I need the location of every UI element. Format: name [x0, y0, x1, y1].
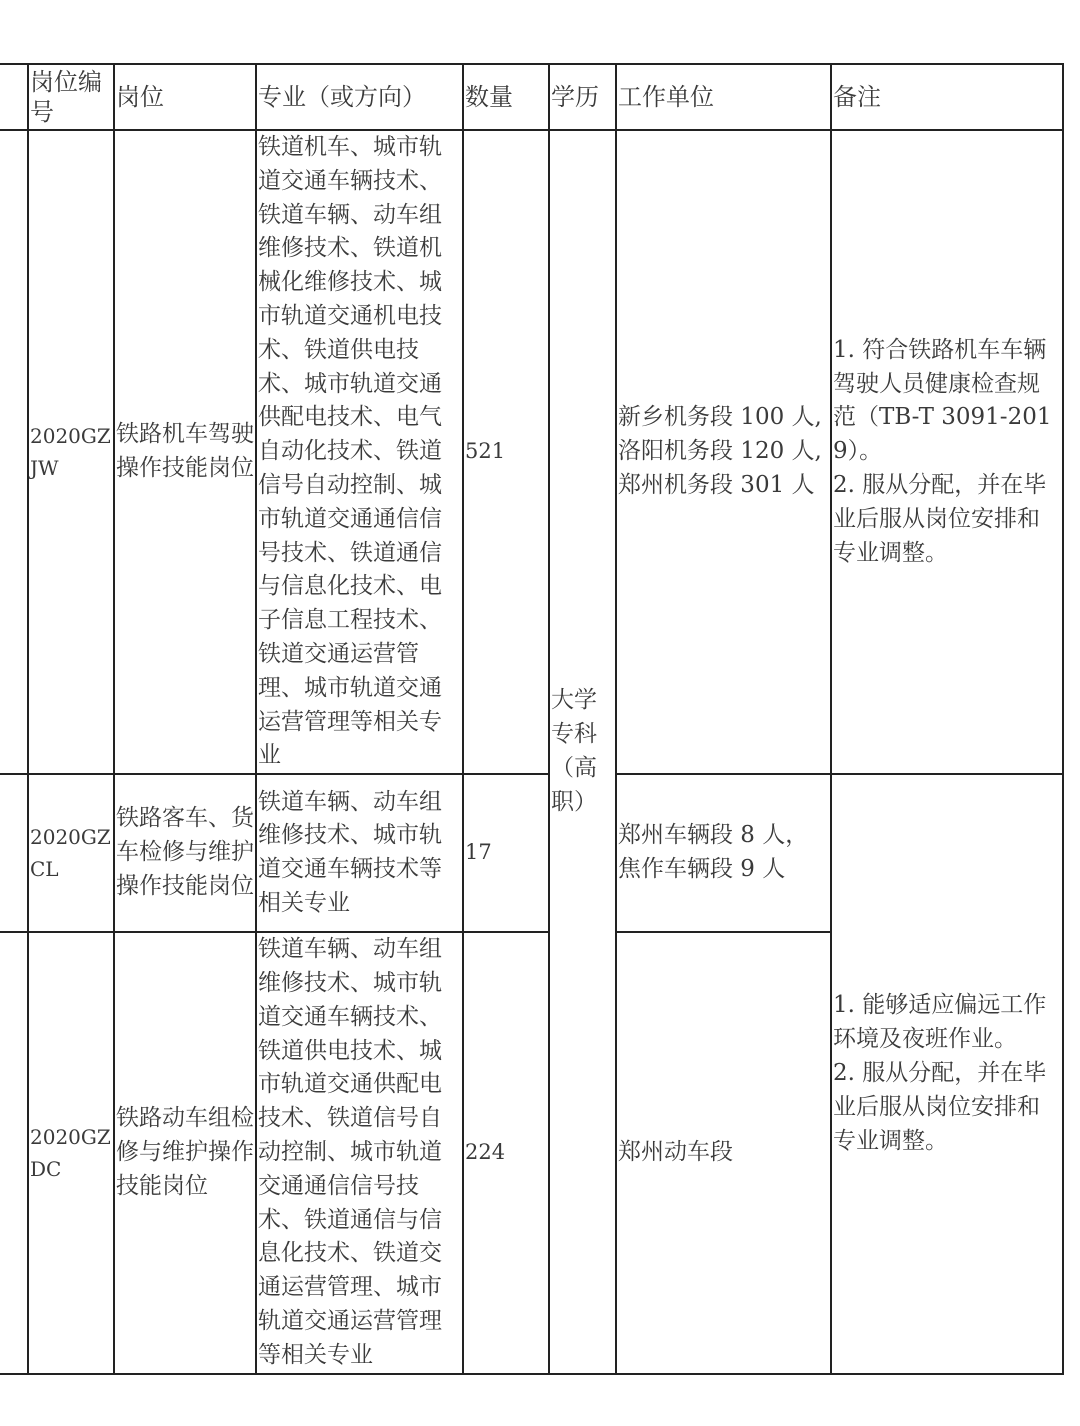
quantity: 17: [463, 774, 549, 932]
header-notes: 备注: [831, 64, 1063, 130]
row-index: [0, 932, 28, 1373]
position-name: 铁路动车组检修与维护操作技能岗位: [114, 932, 256, 1373]
quantity: 224: [463, 932, 549, 1373]
position-name: 铁路机车驾驶操作技能岗位: [114, 130, 256, 774]
header-position-code: 岗位编号: [28, 64, 114, 130]
header-work-unit: 工作单位: [616, 64, 831, 130]
quantity: 521: [463, 130, 549, 774]
notes: 1. 符合铁路机车车辆驾驶人员健康检查规范（TB-T 3091-2019）。 2…: [831, 130, 1063, 774]
header-position: 岗位: [114, 64, 256, 130]
row-index: [0, 774, 28, 932]
position-code: 2020GZCL: [28, 774, 114, 932]
header-quantity: 数量: [463, 64, 549, 130]
header-education: 学历: [549, 64, 616, 130]
major: 铁道车辆、动车组维修技术、城市轨道交通车辆技术等相关专业: [256, 774, 463, 932]
work-unit: 郑州车辆段 8 人，焦作车辆段 9 人: [616, 774, 831, 932]
header-major: 专业（或方向）: [256, 64, 463, 130]
row-index: [0, 130, 28, 774]
notes: 1. 能够适应偏远工作环境及夜班作业。 2. 服从分配，并在毕业后服从岗位安排和…: [831, 774, 1063, 1373]
table-row: 2020GZJW 铁路机车驾驶操作技能岗位 铁道机车、城市轨道交通车辆技术、铁道…: [0, 130, 1063, 774]
table-row: 2020GZCL 铁路客车、货车检修与维护操作技能岗位 铁道车辆、动车组维修技术…: [0, 774, 1063, 932]
table-header-row: 岗位编号 岗位 专业（或方向） 数量 学历 工作单位 备注: [0, 64, 1063, 130]
header-index: [0, 64, 28, 130]
position-code: 2020GZDC: [28, 932, 114, 1373]
recruitment-table: 岗位编号 岗位 专业（或方向） 数量 学历 工作单位 备注 2020GZJW 铁…: [0, 63, 1064, 1375]
work-unit: 郑州动车段: [616, 932, 831, 1373]
major: 铁道车辆、动车组维修技术、城市轨道交通车辆技术、铁道供电技术、城市轨道交通供配电…: [256, 932, 463, 1373]
education: 大学专科（高职）: [549, 130, 616, 1374]
position-name: 铁路客车、货车检修与维护操作技能岗位: [114, 774, 256, 932]
major: 铁道机车、城市轨道交通车辆技术、铁道车辆、动车组维修技术、铁道机械化维修技术、城…: [256, 130, 463, 774]
work-unit: 新乡机务段 100 人,洛阳机务段 120 人,郑州机务段 301 人: [616, 130, 831, 774]
position-code: 2020GZJW: [28, 130, 114, 774]
